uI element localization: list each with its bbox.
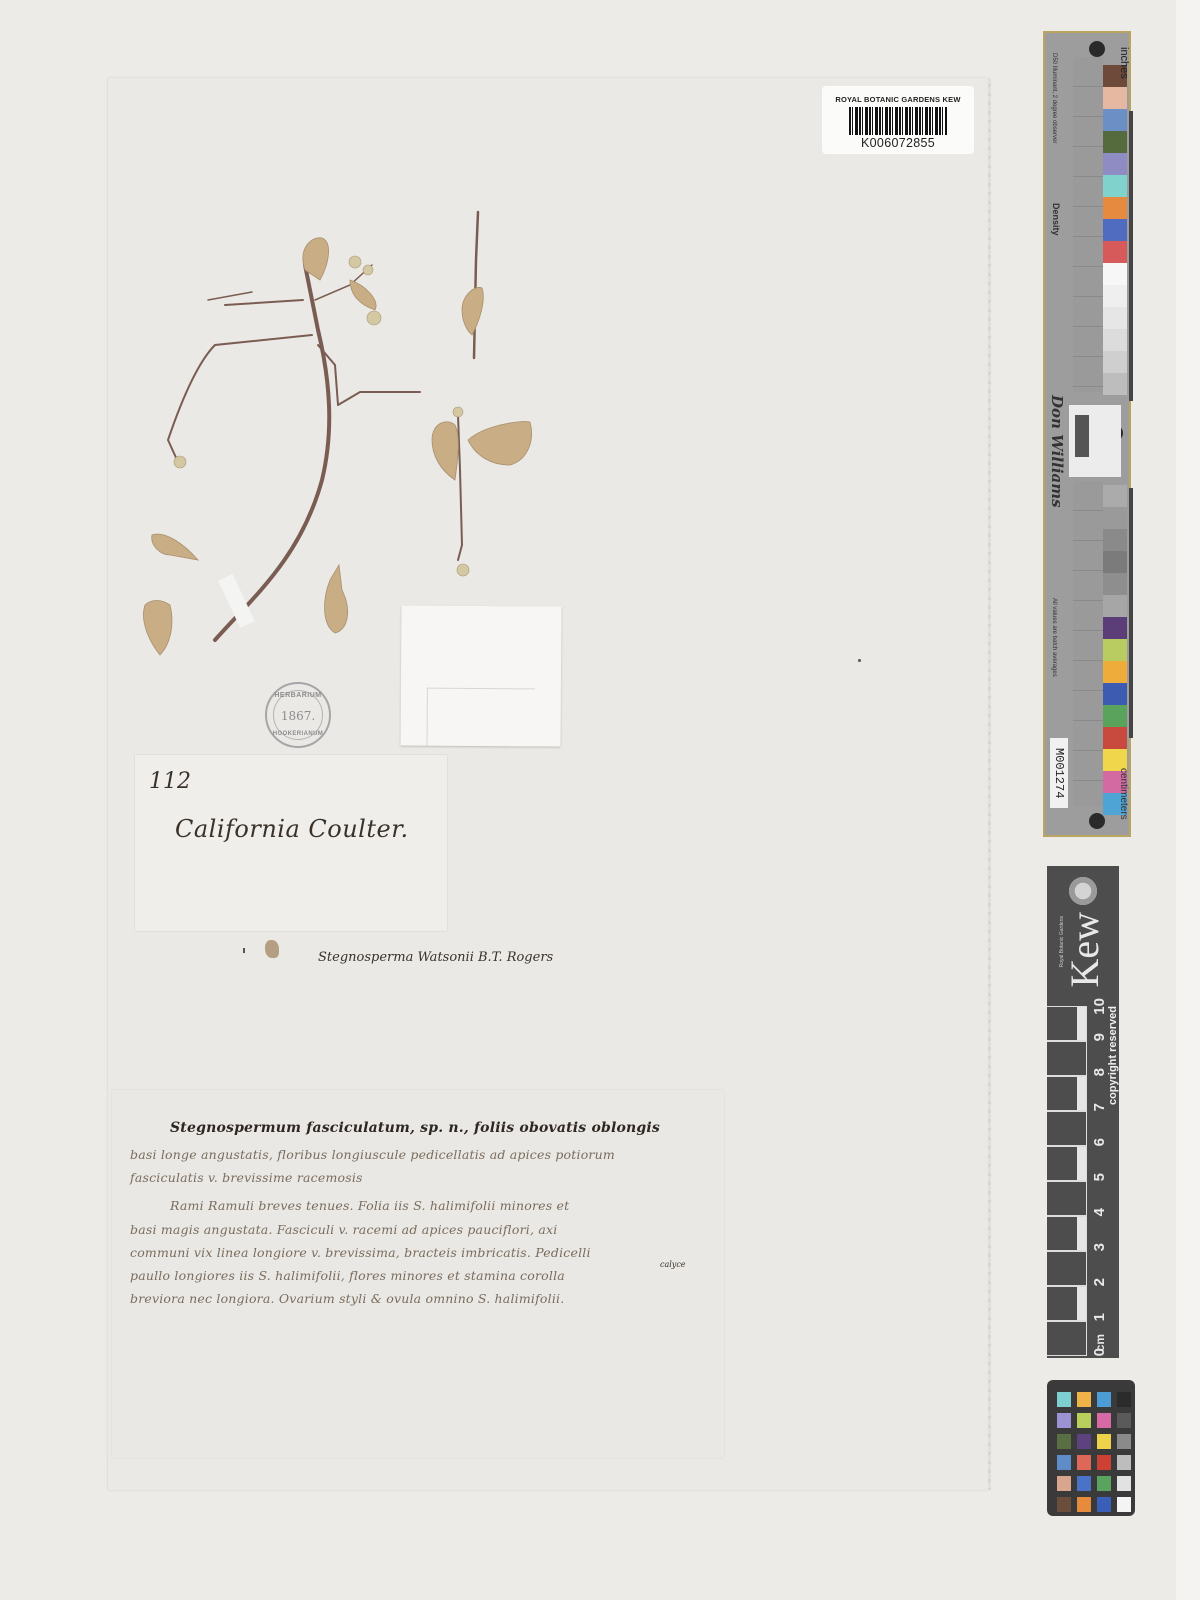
description-line-2: basi longe angustatis, floribus longiusc…	[130, 1147, 615, 1162]
background-strip	[1176, 0, 1200, 1600]
checker-cell	[1097, 1455, 1111, 1470]
checker-cell	[1097, 1476, 1111, 1491]
description-line-5: basi magis angustata. Fasciculi v. racem…	[130, 1222, 557, 1237]
color-swatch	[1103, 661, 1127, 683]
color-swatch	[1103, 307, 1127, 329]
color-swatch	[1103, 263, 1127, 285]
color-swatch	[1103, 705, 1127, 727]
herbarium-stamp: HERBARIUM 1867. HOOKERIANUM	[265, 682, 331, 748]
checker-cell	[1077, 1392, 1091, 1407]
insertion-note: calyce	[660, 1260, 686, 1269]
color-checker-grid	[1057, 1392, 1131, 1512]
cm-segment	[1047, 1146, 1087, 1181]
cm-scale-segments	[1047, 1006, 1089, 1358]
stamp-year: 1867.	[267, 709, 329, 723]
scale-hole-top	[1089, 41, 1105, 57]
scale-data-column-bottom	[1073, 481, 1103, 806]
cm-number: 2	[1091, 1278, 1108, 1286]
color-swatch	[1103, 351, 1127, 373]
description-line-6: communi vix linea longiore v. brevissima…	[130, 1245, 591, 1260]
color-swatch	[1103, 507, 1127, 529]
color-swatch	[1103, 285, 1127, 307]
checker-cell	[1117, 1455, 1131, 1470]
barcode-icon	[849, 107, 947, 135]
cm-number: 8	[1091, 1068, 1108, 1076]
copyright-text: copyright reserved	[1107, 1006, 1119, 1105]
checker-cell	[1117, 1476, 1131, 1491]
description-line-4: Rami Ramuli breves tenues. Folia iis S. …	[170, 1198, 569, 1213]
cm-rule	[1129, 488, 1133, 738]
color-swatch	[1103, 197, 1127, 219]
checker-cell	[1077, 1497, 1091, 1512]
sheet-mark	[858, 659, 861, 662]
cm-segment	[1047, 1006, 1087, 1041]
swatches-grey	[1103, 485, 1127, 617]
locality-collector: California Coulter.	[175, 815, 409, 843]
barcode-label: ROYAL BOTANIC GARDENS KEW K006072855	[822, 86, 974, 154]
kew-cm-ruler: Royal Botanic Gardens Kew copyright rese…	[1047, 866, 1119, 1358]
cm-segment	[1047, 1251, 1087, 1286]
resolution-target	[1069, 405, 1121, 477]
color-swatch	[1103, 219, 1127, 241]
inches-label: inches	[1118, 47, 1130, 79]
description-line-1: Stegnospermum fasciculatum, sp. n., foli…	[170, 1120, 660, 1136]
description-line-3: fasciculatis v. brevissime racemosis	[130, 1170, 363, 1185]
institution-name: ROYAL BOTANIC GARDENS KEW	[822, 95, 974, 104]
specimen-fragment	[265, 940, 279, 958]
checker-cell	[1057, 1392, 1071, 1407]
description-line-8: breviora nec longiora. Ovarium styli & o…	[130, 1291, 564, 1306]
annotation-mark	[243, 948, 245, 953]
values-note: All values are batch averages	[1051, 598, 1057, 677]
checker-cell	[1117, 1392, 1131, 1407]
checker-cell	[1057, 1455, 1071, 1470]
cm-segment	[1047, 1041, 1087, 1076]
stamp-top-text: HERBARIUM	[267, 692, 329, 699]
cm-segment	[1047, 1216, 1087, 1251]
scale-brand: Don Williams	[1048, 395, 1066, 508]
color-swatch	[1103, 551, 1127, 573]
checker-cell	[1077, 1413, 1091, 1428]
checker-cell	[1057, 1476, 1071, 1491]
kew-crest-icon	[1067, 874, 1099, 908]
cm-number: 5	[1091, 1173, 1108, 1181]
cm-segment	[1047, 1111, 1087, 1146]
scale-hole-bottom	[1089, 813, 1105, 829]
fragment-packet[interactable]	[401, 605, 562, 746]
checker-cell	[1117, 1413, 1131, 1428]
illuminant-note: D50 Illuminant, 2 degree observer	[1051, 53, 1057, 143]
color-swatch	[1103, 153, 1127, 175]
color-checker	[1047, 1380, 1135, 1516]
stamp-bottom-text: HOOKERIANUM	[267, 731, 329, 737]
checker-cell	[1057, 1497, 1071, 1512]
cm-number: 6	[1091, 1138, 1108, 1146]
determination-text: Stegnosperma Watsonii B.T. Rogers	[318, 950, 553, 965]
checker-cell	[1057, 1434, 1071, 1449]
color-swatch	[1103, 373, 1127, 395]
color-swatch	[1103, 241, 1127, 263]
scale-id: M001274	[1050, 738, 1068, 808]
cm-number: 10	[1091, 998, 1108, 1015]
cm-number: 3	[1091, 1243, 1108, 1251]
cm-number: 0	[1091, 1348, 1108, 1356]
swatches-top	[1103, 65, 1127, 395]
checker-cell	[1097, 1413, 1111, 1428]
checker-cell	[1097, 1497, 1111, 1512]
collection-number: 112	[149, 769, 191, 794]
checker-cell	[1077, 1455, 1091, 1470]
cm-number: 4	[1091, 1208, 1108, 1216]
color-swatch	[1103, 131, 1127, 153]
color-swatch	[1103, 727, 1127, 749]
cm-segment	[1047, 1076, 1087, 1111]
kew-logo: Kew	[1065, 912, 1105, 988]
color-swatch	[1103, 529, 1127, 551]
inch-rule	[1129, 111, 1133, 401]
scale-data-column-top	[1073, 57, 1103, 392]
cm-number: 9	[1091, 1033, 1108, 1041]
color-swatch	[1103, 485, 1127, 507]
checker-cell	[1117, 1497, 1131, 1512]
checker-cell	[1097, 1392, 1111, 1407]
checker-cell	[1097, 1434, 1111, 1449]
color-swatch	[1103, 329, 1127, 351]
color-swatch	[1103, 87, 1127, 109]
color-swatch	[1103, 175, 1127, 197]
description-line-7: paullo longiores iis S. halimifolii, flo…	[130, 1268, 565, 1283]
checker-cell	[1077, 1434, 1091, 1449]
barcode-number: K006072855	[822, 136, 974, 150]
cm-number: 1	[1091, 1313, 1108, 1321]
checker-cell	[1057, 1413, 1071, 1428]
color-swatch	[1103, 683, 1127, 705]
collection-label: 112 California Coulter.	[135, 755, 447, 931]
color-swatch	[1103, 639, 1127, 661]
cm-segment	[1047, 1181, 1087, 1216]
color-swatch	[1103, 617, 1127, 639]
density-label: Density	[1051, 203, 1061, 236]
checker-cell	[1077, 1476, 1091, 1491]
color-swatch	[1103, 595, 1127, 617]
color-swatch	[1103, 573, 1127, 595]
color-swatch	[1103, 109, 1127, 131]
centimeters-label: centimeters	[1118, 768, 1129, 820]
cm-segment	[1047, 1321, 1087, 1356]
cm-segment	[1047, 1286, 1087, 1321]
cm-number: 7	[1091, 1103, 1108, 1111]
checker-cell	[1117, 1434, 1131, 1449]
color-density-scale: inches centimeters D50 Illuminant, 2 deg…	[1043, 31, 1131, 837]
